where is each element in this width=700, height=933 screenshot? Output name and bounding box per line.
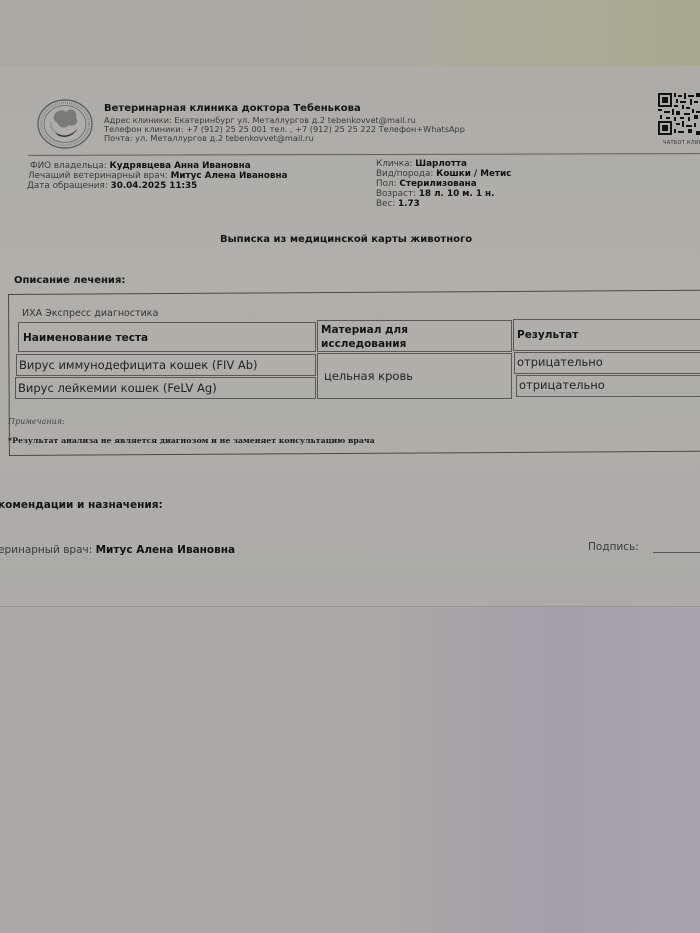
table-row-test: Вирус иммунодефицита кошек (FIV Ab) xyxy=(16,354,316,376)
pet-breed-value: Кошки / Метис xyxy=(436,169,511,179)
table-row-result: отрицательно xyxy=(514,352,700,374)
pet-age: Возраст: 18 л. 10 м. 1 н. xyxy=(376,189,494,199)
pet-breed-label: Вид/порода: xyxy=(376,169,433,179)
pet-weight: Вес: 1.73 xyxy=(376,199,420,209)
pet-age-value: 18 л. 10 м. 1 н. xyxy=(419,189,495,199)
header-material: Материал для исследования xyxy=(317,320,512,352)
qr-code-icon xyxy=(658,93,700,135)
document-title: Выписка из медицинской карты животного xyxy=(220,234,472,245)
pet-name-label: Кличка: xyxy=(376,159,412,169)
clinic-mail: Почта: ул. Металлургов д.2 tebenkovvet@m… xyxy=(104,133,314,143)
owner-name: ФИО владельца: Кудрявцева Анна Ивановна xyxy=(30,161,251,171)
document-page-folded xyxy=(0,606,700,933)
signature-label: Подпись: xyxy=(588,541,639,553)
table-row-result: отрицательно xyxy=(516,375,700,397)
pet-weight-value: 1.73 xyxy=(398,199,420,209)
notes-label: Примечания: xyxy=(8,417,65,426)
owner-label: ФИО владельца: xyxy=(30,161,107,171)
pet-name: Кличка: Шарлотта xyxy=(376,159,467,169)
disclaimer: *Результат анализа не является диагнозом… xyxy=(8,436,375,445)
date-value: 30.04.2025 11:35 xyxy=(111,181,198,191)
background-surface xyxy=(0,0,700,66)
date-label: Дата обращения: xyxy=(27,181,108,191)
pet-age-label: Возраст: xyxy=(376,189,416,199)
visit-date: Дата обращения: 30.04.2025 11:35 xyxy=(27,181,197,191)
diagnostics-section-title: ИХА Экспресс диагностика xyxy=(22,308,158,319)
doctor-value: Митус Алена Ивановна xyxy=(171,171,288,181)
pet-sex-value: Стерилизована xyxy=(399,179,476,189)
pet-sex-label: Пол: xyxy=(376,179,397,189)
header-test-name: Наименование теста xyxy=(18,322,316,352)
signature-line xyxy=(653,552,700,553)
signing-doctor-label: еринарный врач: xyxy=(0,544,92,556)
table-cell-material: цельная кровь xyxy=(317,353,512,399)
pet-breed: Вид/порода: Кошки / Метис xyxy=(376,169,511,179)
qr-caption: ЧАТБОТ КЛИНИКИ xyxy=(663,140,700,146)
signing-doctor-value: Митус Алена Ивановна xyxy=(96,544,236,556)
pet-weight-label: Вес: xyxy=(376,199,395,209)
header-result: Результат xyxy=(513,319,700,351)
pet-name-value: Шарлотта xyxy=(415,159,467,169)
recommendations-label: комендации и назначения: xyxy=(0,499,163,511)
clinic-logo-icon xyxy=(36,98,94,150)
pet-sex: Пол: Стерилизована xyxy=(376,179,477,189)
clinic-name: Ветеринарная клиника доктора Тебенькова xyxy=(104,103,361,114)
attending-doctor: Лечащий ветеринарный врач: Митус Алена И… xyxy=(28,171,288,181)
doctor-label: Лечащий ветеринарный врач: xyxy=(28,171,168,181)
table-row-test: Вирус лейкемии кошек (FeLV Ag) xyxy=(15,377,316,399)
signing-doctor: еринарный врач: Митус Алена Ивановна xyxy=(0,544,235,556)
owner-value: Кудрявцева Анна Ивановна xyxy=(110,161,251,171)
treatment-label: Описание лечения: xyxy=(14,275,125,286)
